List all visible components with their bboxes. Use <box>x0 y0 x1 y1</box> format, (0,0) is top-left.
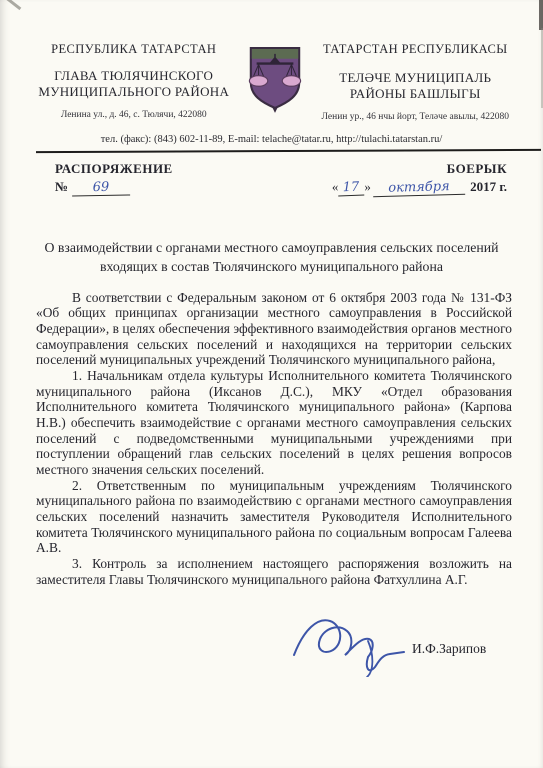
order-item-2: 2. Ответственным по муниципальным учрежд… <box>36 478 512 556</box>
meta-left: РАСПОРЯЖЕНИЕ №69 <box>55 161 173 196</box>
scan-artifact-top-right <box>539 0 543 30</box>
signature-block: И.Ф.Зарипов <box>0 609 543 699</box>
scales-pan-left <box>249 76 267 87</box>
scanned-document-page: РЕСПУБЛИКА ТАТАРСТАН ГЛАВА ТЮЛЯЧИНСКОГО … <box>0 0 543 768</box>
org-name-ru: ГЛАВА ТЮЛЯЧИНСКОГО МУНИЦИПАЛЬНОГО РАЙОНА <box>28 68 240 101</box>
doc-year: 2017 г. <box>470 179 507 194</box>
intro-paragraph: В соответствии с Федеральным законом от … <box>36 290 512 368</box>
coat-of-arms-icon <box>246 44 304 119</box>
contact-line: тел. (факс): (843) 602-11-89, E-mail: te… <box>0 134 543 145</box>
doc-number-label: № <box>55 179 68 194</box>
signature-stroke <box>294 621 404 671</box>
letterhead-right-block: ТАТАРСТАН РЕСПУБЛИКАСЫ ТЕЛӘЧЕ МУНИЦИПАЛЬ… <box>310 42 522 122</box>
doc-day-handwritten: 17 <box>338 179 365 196</box>
meta-right: БОЕРЫК «17»октября 2017 г. <box>332 161 507 196</box>
republic-name-tat: ТАТАРСТАН РЕСПУБЛИКАСЫ <box>310 42 522 57</box>
letterhead: РЕСПУБЛИКА ТАТАРСТАН ГЛАВА ТЮЛЯЧИНСКОГО … <box>0 0 543 122</box>
signature-icon <box>288 611 410 677</box>
doc-month-handwritten: октября <box>373 178 465 196</box>
address-ru: Ленина ул., д. 46, с. Тюлячи, 422080 <box>28 110 240 120</box>
doc-type-ru: РАСПОРЯЖЕНИЕ <box>55 161 173 177</box>
quote-close: » <box>364 179 371 194</box>
shield-bottom-tip <box>272 107 278 113</box>
doc-number-line: №69 <box>55 179 173 196</box>
order-item-3: 3. Контроль за исполнением настоящего ра… <box>36 556 512 587</box>
document-title: О взаимодействии с органами местного сам… <box>37 238 507 277</box>
doc-type-tat: БОЕРЫК <box>332 161 507 177</box>
org-name-ru-line2: МУНИЦИПАЛЬНОГО РАЙОНА <box>38 84 229 99</box>
scales-pan-right <box>282 76 300 87</box>
org-name-tat-line1: ТЕЛӘЧЕ МУНИЦИПАЛЬ <box>339 70 491 85</box>
doc-number-handwritten: 69 <box>72 179 130 196</box>
coat-of-arms-svg <box>246 44 304 114</box>
org-name-ru-line1: ГЛАВА ТЮЛЯЧИНСКОГО <box>54 68 213 83</box>
address-tat: Ленин ур., 46 нчы йорт, Теләче авылы, 42… <box>310 112 522 122</box>
republic-name-ru: РЕСПУБЛИКА ТАТАРСТАН <box>28 42 240 57</box>
document-meta-row: РАСПОРЯЖЕНИЕ №69 БОЕРЫК «17»октября 2017… <box>0 152 543 196</box>
org-name-tat: ТЕЛӘЧЕ МУНИЦИПАЛЬ РАЙОНЫ БАШЛЫГЫ <box>310 70 522 103</box>
order-item-1: 1. Начальникам отдела культуры Исполните… <box>36 368 512 478</box>
document-body: В соответствии с Федеральным законом от … <box>0 277 543 588</box>
org-name-tat-line2: РАЙОНЫ БАШЛЫГЫ <box>350 86 481 101</box>
letterhead-left-block: РЕСПУБЛИКА ТАТАРСТАН ГЛАВА ТЮЛЯЧИНСКОГО … <box>28 42 240 120</box>
doc-date-line: «17»октября 2017 г. <box>332 179 507 196</box>
signer-name: И.Ф.Зарипов <box>412 641 486 657</box>
